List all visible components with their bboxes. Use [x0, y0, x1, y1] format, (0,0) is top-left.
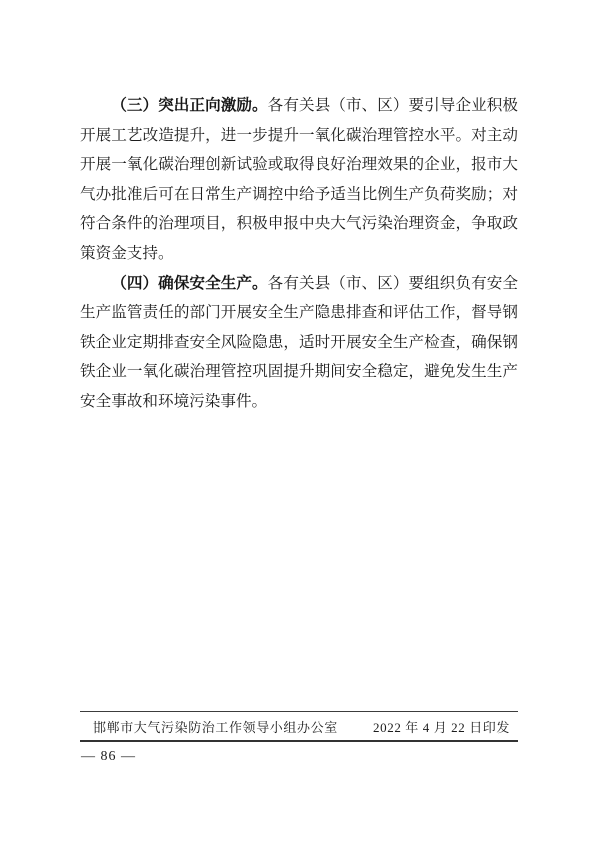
print-date: 2022 年 4 月 22 日印发 — [373, 717, 510, 736]
footer-bar: 邯郸市大气污染防治工作领导小组办公室 2022 年 4 月 22 日印发 — [80, 711, 518, 742]
paragraph-text: 各有关县（市、区）要组织负有安全生产监管责任的部门开展安全生产隐患排查和评估工作… — [80, 275, 518, 410]
paragraph-heading: （三）突出正向激励。 — [111, 97, 267, 114]
document-page: （三）突出正向激励。各有关县（市、区）要引导企业积极开展工艺改造提升，进一步提升… — [0, 0, 600, 848]
issuer-name: 邯郸市大气污染防治工作领导小组办公室 — [93, 717, 338, 736]
paragraph-section-3: （三）突出正向激励。各有关县（市、区）要引导企业积极开展工艺改造提升，进一步提升… — [80, 91, 518, 269]
paragraph-section-4: （四）确保安全生产。各有关县（市、区）要组织负有安全生产监管责任的部门开展安全生… — [80, 269, 518, 417]
paragraph-heading: （四）确保安全生产。 — [111, 275, 267, 292]
paragraph-text: 各有关县（市、区）要引导企业积极开展工艺改造提升，进一步提升一氧化碳治理管控水平… — [80, 97, 518, 262]
document-body: （三）突出正向激励。各有关县（市、区）要引导企业积极开展工艺改造提升，进一步提升… — [80, 91, 518, 417]
page-number: — 86 — — [81, 749, 136, 765]
